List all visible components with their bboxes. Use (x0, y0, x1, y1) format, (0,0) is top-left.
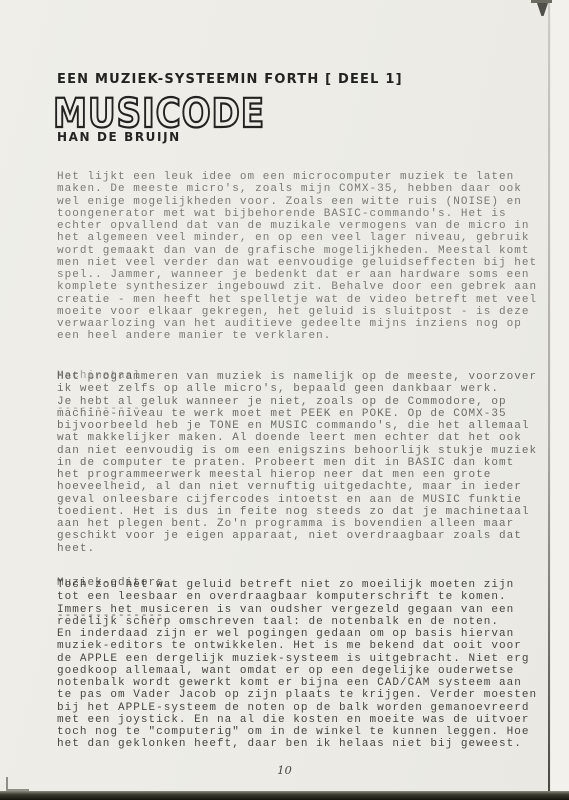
section-body-muziek-editors: Toch zou het wat geluid betreft niet zo … (57, 579, 532, 751)
article-author: HAN DE BRUIJN (57, 130, 181, 144)
intro-paragraph: Het lijkt een leuk idee om een microcomp… (57, 171, 532, 343)
scan-right-paper-strip (551, 0, 569, 800)
scanned-magazine-page: EEN MUZIEK-SYSTEEMIN FORTH [ DEEL 1] MUS… (0, 0, 569, 800)
scan-top-right-mark-wedge (537, 3, 548, 16)
scan-top-right-mark-bar (531, 0, 552, 3)
scanner-bottom-band (0, 791, 569, 800)
article-kicker: EEN MUZIEK-SYSTEEMIN FORTH [ DEEL 1] (57, 72, 403, 87)
scan-right-edge-line (548, 0, 550, 800)
page-number: 10 (0, 763, 569, 777)
section-body-machinetaal: Het programmeren van muziek is namelijk … (57, 371, 532, 555)
